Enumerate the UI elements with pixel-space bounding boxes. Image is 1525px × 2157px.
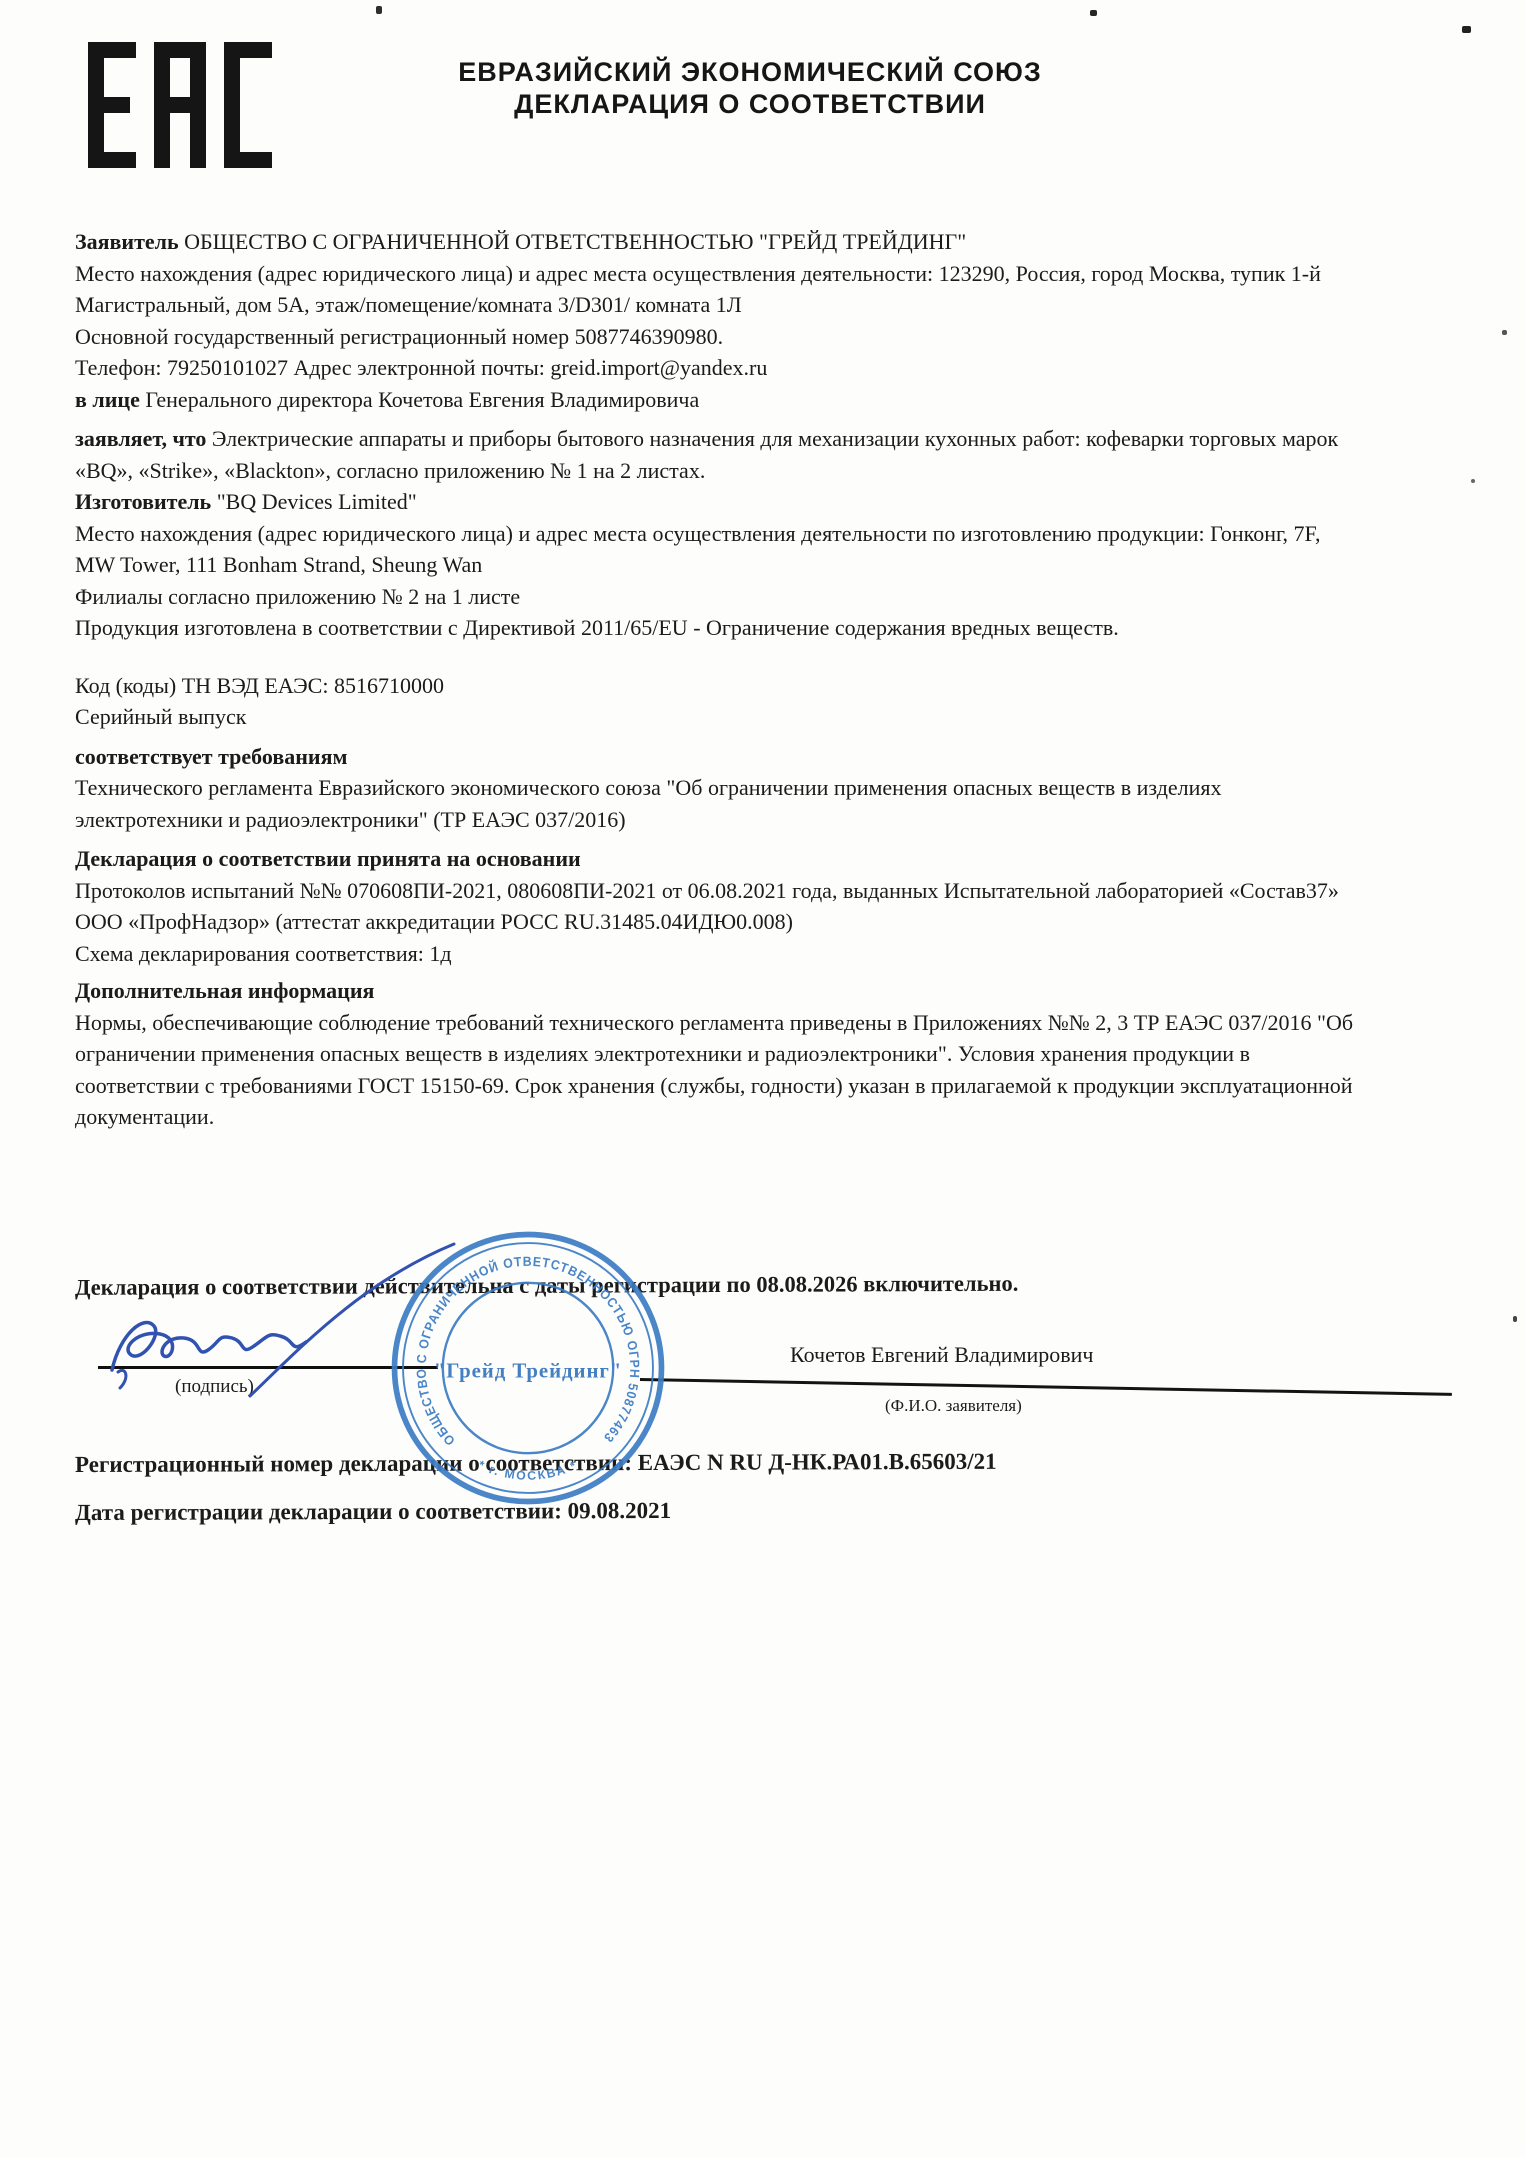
paragraph-basis-text: Протоколов испытаний №№ 070608ПИ-2021, 0…: [75, 875, 1360, 938]
heading-complies: соответствует требованиям: [75, 741, 1360, 773]
document-page: ЕВРАЗИЙСКИЙ ЭКОНОМИЧЕСКИЙ СОЮЗ ДЕКЛАРАЦИ…: [0, 0, 1525, 2157]
scan-noise-speck: [1471, 479, 1475, 483]
paragraph-ogrn: Основной государственный регистрационный…: [75, 321, 1360, 353]
registration-number-value: ЕАЭС N RU Д-НК.РА01.В.65603/21: [638, 1449, 997, 1475]
scan-noise-speck: [1513, 1316, 1517, 1322]
paragraph-phone-email: Телефон: 79250101027 Адрес электронной п…: [75, 352, 1360, 384]
heading-additional-info: Дополнительная информация: [75, 975, 1360, 1007]
declares-label: заявляет, что: [75, 426, 206, 451]
applicant-name: Кочетов Евгений Владимирович: [790, 1342, 1094, 1368]
paragraph-applicant-address: Место нахождения (адрес юридического лиц…: [75, 258, 1360, 321]
heading-basis: Декларация о соответствии принята на осн…: [75, 843, 1360, 875]
paragraph-complies-text: Технического регламента Евразийского эко…: [75, 772, 1360, 835]
fio-line: [640, 1378, 1452, 1395]
document-body: Заявитель ОБЩЕСТВО С ОГРАНИЧЕННОЙ ОТВЕТС…: [75, 226, 1360, 1133]
in-person-value: Генерального директора Кочетова Евгения …: [140, 387, 699, 412]
paragraph-declares: заявляет, что Электрические аппараты и п…: [75, 423, 1360, 486]
paragraph-manufacturer-address: Место нахождения (адрес юридического лиц…: [75, 518, 1360, 581]
svg-text:* г. МОСКВА *: * г. МОСКВА *: [476, 1458, 580, 1483]
paragraph-tnved-code: Код (коды) ТН ВЭД ЕАЭС: 8516710000: [75, 670, 1360, 702]
paragraph-scheme: Схема декларирования соответствия: 1д: [75, 938, 1360, 970]
paragraph-manufacturer: Изготовитель "BQ Devices Limited": [75, 486, 1360, 518]
scan-noise-speck: [376, 6, 382, 14]
scan-noise-speck: [1090, 10, 1097, 16]
paragraph-applicant: Заявитель ОБЩЕСТВО С ОГРАНИЧЕННОЙ ОТВЕТС…: [75, 226, 1360, 258]
paragraph-additional-text: Нормы, обеспечивающие соблюдение требова…: [75, 1007, 1360, 1133]
paragraph-serial-issue: Серийный выпуск: [75, 701, 1360, 733]
declares-value: Электрические аппараты и приборы бытовог…: [75, 426, 1338, 483]
applicant-value: ОБЩЕСТВО С ОГРАНИЧЕННОЙ ОТВЕТСТВЕННОСТЬЮ…: [179, 229, 967, 254]
scan-noise-speck: [1462, 26, 1471, 33]
manufacturer-value: "BQ Devices Limited": [211, 489, 417, 514]
scan-noise-speck: [1502, 330, 1507, 335]
paragraph-branches: Филиалы согласно приложению № 2 на 1 лис…: [75, 581, 1360, 613]
stamp-city-text: * г. МОСКВА *: [476, 1458, 580, 1483]
handwritten-signature: [100, 1238, 470, 1398]
applicant-label: Заявитель: [75, 229, 179, 254]
in-person-label: в лице: [75, 387, 140, 412]
paragraph-directive: Продукция изготовлена в соответствии с Д…: [75, 612, 1360, 644]
manufacturer-label: Изготовитель: [75, 489, 211, 514]
document-title: ЕВРАЗИЙСКИЙ ЭКОНОМИЧЕСКИЙ СОЮЗ ДЕКЛАРАЦИ…: [220, 56, 1280, 120]
paragraph-in-person: в лице Генерального директора Кочетова Е…: [75, 384, 1360, 416]
title-line-union: ЕВРАЗИЙСКИЙ ЭКОНОМИЧЕСКИЙ СОЮЗ: [220, 56, 1280, 88]
title-line-declaration: ДЕКЛАРАЦИЯ О СООТВЕТСТВИИ: [220, 88, 1280, 120]
fio-caption: (Ф.И.О. заявителя): [885, 1396, 1022, 1416]
